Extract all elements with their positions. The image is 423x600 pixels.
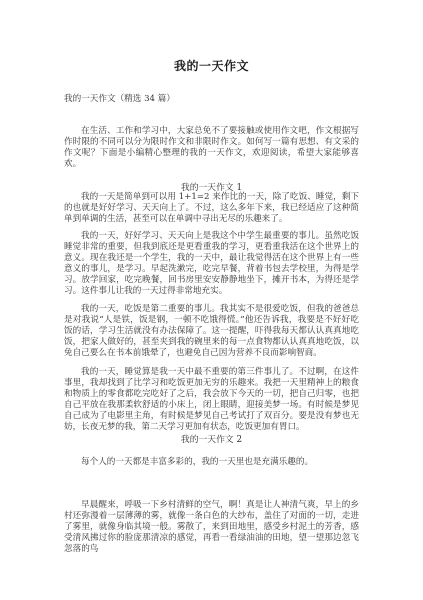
paragraph: 我的一天，睡觉算是我一天中最不重要的第三件事儿了。不过啊，在这件事里，我却找到了… xyxy=(64,367,359,433)
paragraph: 每个人的一天都是丰富多彩的，我的一天里也是充满乐趣的。 xyxy=(64,457,359,468)
document-title: 我的一天作文 xyxy=(0,57,423,74)
paragraph: 我的一天，吃饭是第二重要的事儿。我其实不是很爱吃饭，但我的爸爸总是对我说“人是铁… xyxy=(64,304,359,359)
intro-paragraph: 在生活、工作和学习中，大家总免不了要接触或使用作文吧，作文根据写作时限的不同可以… xyxy=(64,126,359,170)
paragraph: 早晨醒来，呼吸一下乡村清鲜的空气，啊！真是让人神清气爽，早上的乡村还弥漫着一层薄… xyxy=(64,500,359,555)
document-page: 我的一天作文 我的一天作文（精选 34 篇） 在生活、工作和学习中，大家总免不了… xyxy=(0,0,423,600)
section-heading-2: 我的一天作文 2 xyxy=(0,432,423,445)
paragraph: 我的一天是简单到可以用 1+1=2 来作比的一天，除了吃饭、睡觉，剩下的也就是好… xyxy=(64,192,359,225)
paragraph: 我的一天，好好学习、天天向上是我这个中学生最重要的事儿。虽然吃饭睡觉非常的重要，… xyxy=(64,231,359,297)
document-subtitle: 我的一天作文（精选 34 篇） xyxy=(64,92,175,104)
